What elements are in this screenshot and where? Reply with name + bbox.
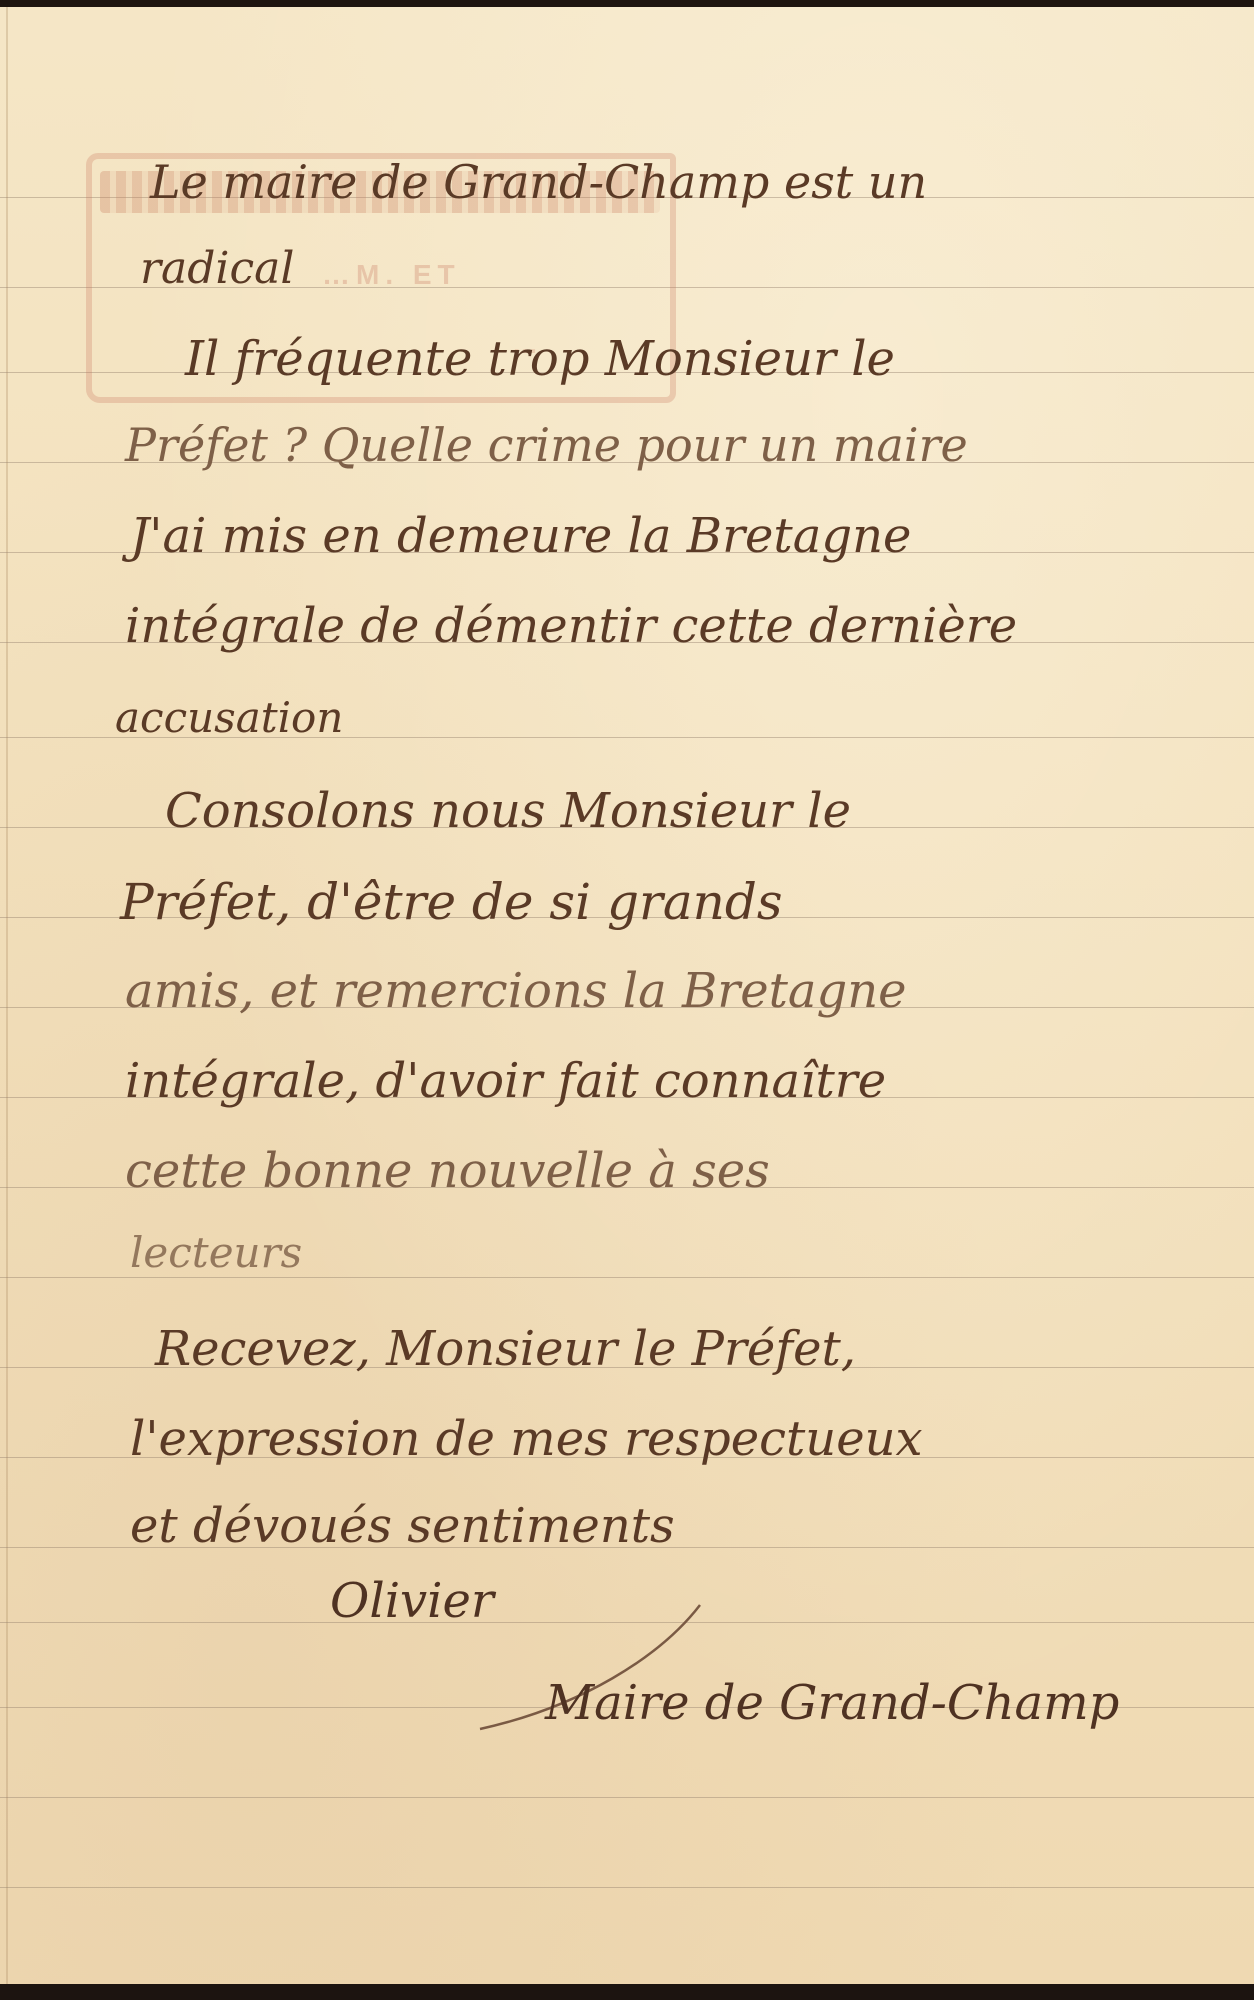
stamp-text-fragment: …M. ET <box>322 259 461 291</box>
letter-line: l'expression de mes respectueux <box>130 1415 923 1463</box>
letter-line: accusation <box>115 697 343 739</box>
letter-line: Préfet, d'être de si grands <box>120 877 783 927</box>
letter-line: lecteurs <box>130 1232 302 1274</box>
letter-line: radical <box>140 247 294 291</box>
letter-line: Consolons nous Monsieur le <box>165 787 851 835</box>
letter-line: amis, et remercions la Bretagne <box>125 967 907 1015</box>
ruled-line <box>0 1887 1254 1888</box>
signature-title: Maire de Grand-Champ <box>545 1679 1119 1727</box>
ruled-line <box>0 1797 1254 1798</box>
letter-line: et dévoués sentiments <box>130 1502 675 1550</box>
scan-top-edge <box>0 0 1254 7</box>
letter-line: Préfet ? Quelle crime pour un maire <box>125 422 968 468</box>
letter-line: Le maire de Grand-Champ est un <box>150 159 927 205</box>
page-fold-line <box>6 7 8 1985</box>
letter-line: Il fréquente trop Monsieur le <box>185 335 895 383</box>
letter-line: Recevez, Monsieur le Préfet, <box>155 1325 856 1373</box>
letter-line: cette bonne nouvelle à ses <box>125 1147 770 1195</box>
ruled-line <box>0 1277 1254 1278</box>
letter-line: intégrale, d'avoir fait connaître <box>125 1057 886 1105</box>
scan-bottom-edge <box>0 1984 1254 2000</box>
letter-line: J'ai mis en demeure la Bretagne <box>130 512 911 560</box>
letter-line: intégrale de démentir cette dernière <box>125 602 1017 650</box>
letter-page: …M. ET … Le maire de Grand-Champ est un … <box>0 7 1254 1985</box>
